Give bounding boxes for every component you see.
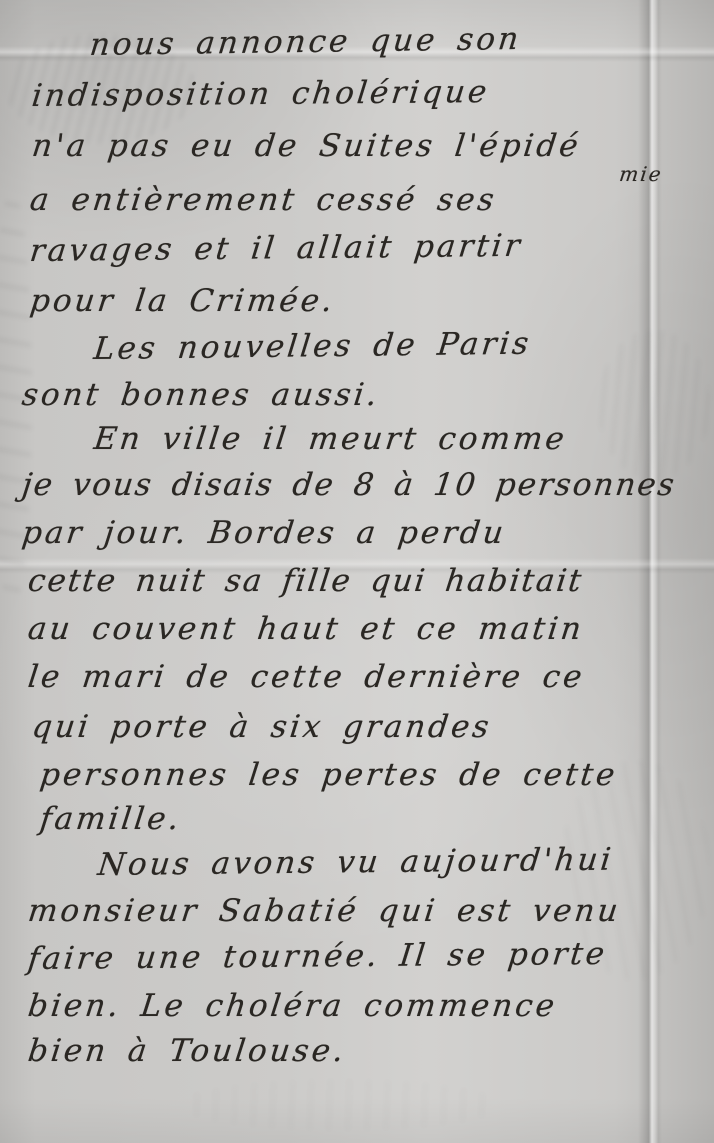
letter-line: Nous avons vu aujourd'hui bbox=[96, 842, 616, 883]
letter-line: indisposition cholérique bbox=[30, 74, 491, 114]
letter-line: nous annonce que son bbox=[88, 21, 523, 63]
bleed-through-smudge bbox=[180, 1080, 500, 1130]
letter-line: n'a pas eu de Suites l'épidé bbox=[30, 128, 583, 164]
letter-line: faire une tournée. Il se porte bbox=[26, 936, 609, 977]
letter-line: bien. Le choléra commence bbox=[26, 988, 559, 1024]
letter-line: je vous disais de 8 à 10 personnes bbox=[20, 467, 678, 503]
letter-line: bien à Toulouse. bbox=[26, 1033, 348, 1069]
letter-line: Les nouvelles de Paris bbox=[92, 326, 533, 367]
letter-line: cette nuit sa fille qui habitait bbox=[26, 563, 585, 599]
letter-line: qui porte à six grandes bbox=[30, 709, 494, 745]
letter-line: monsieur Sabatié qui est venu bbox=[26, 893, 623, 929]
letter-line: au couvent haut et ce matin bbox=[26, 611, 586, 647]
letter-line: sont bonnes aussi. bbox=[20, 377, 382, 413]
letter-line: pour la Crimée. bbox=[28, 283, 337, 319]
letter-line: personnes les pertes de cette bbox=[38, 757, 620, 793]
letter-line: En ville il meurt comme bbox=[92, 421, 569, 457]
letter-line: le mari de cette dernière ce bbox=[26, 659, 587, 695]
bleed-through-smudge bbox=[598, 330, 710, 480]
letter-page-scan: nous annonce que son indisposition cholé… bbox=[0, 0, 714, 1143]
letter-line: par jour. Bordes a perdu bbox=[20, 515, 508, 551]
superscript-insertion: mie bbox=[618, 162, 664, 186]
letter-line: ravages et il allait partir bbox=[28, 228, 525, 269]
letter-line: a entièrement cessé ses bbox=[28, 182, 499, 218]
letter-line: famille. bbox=[38, 801, 184, 837]
